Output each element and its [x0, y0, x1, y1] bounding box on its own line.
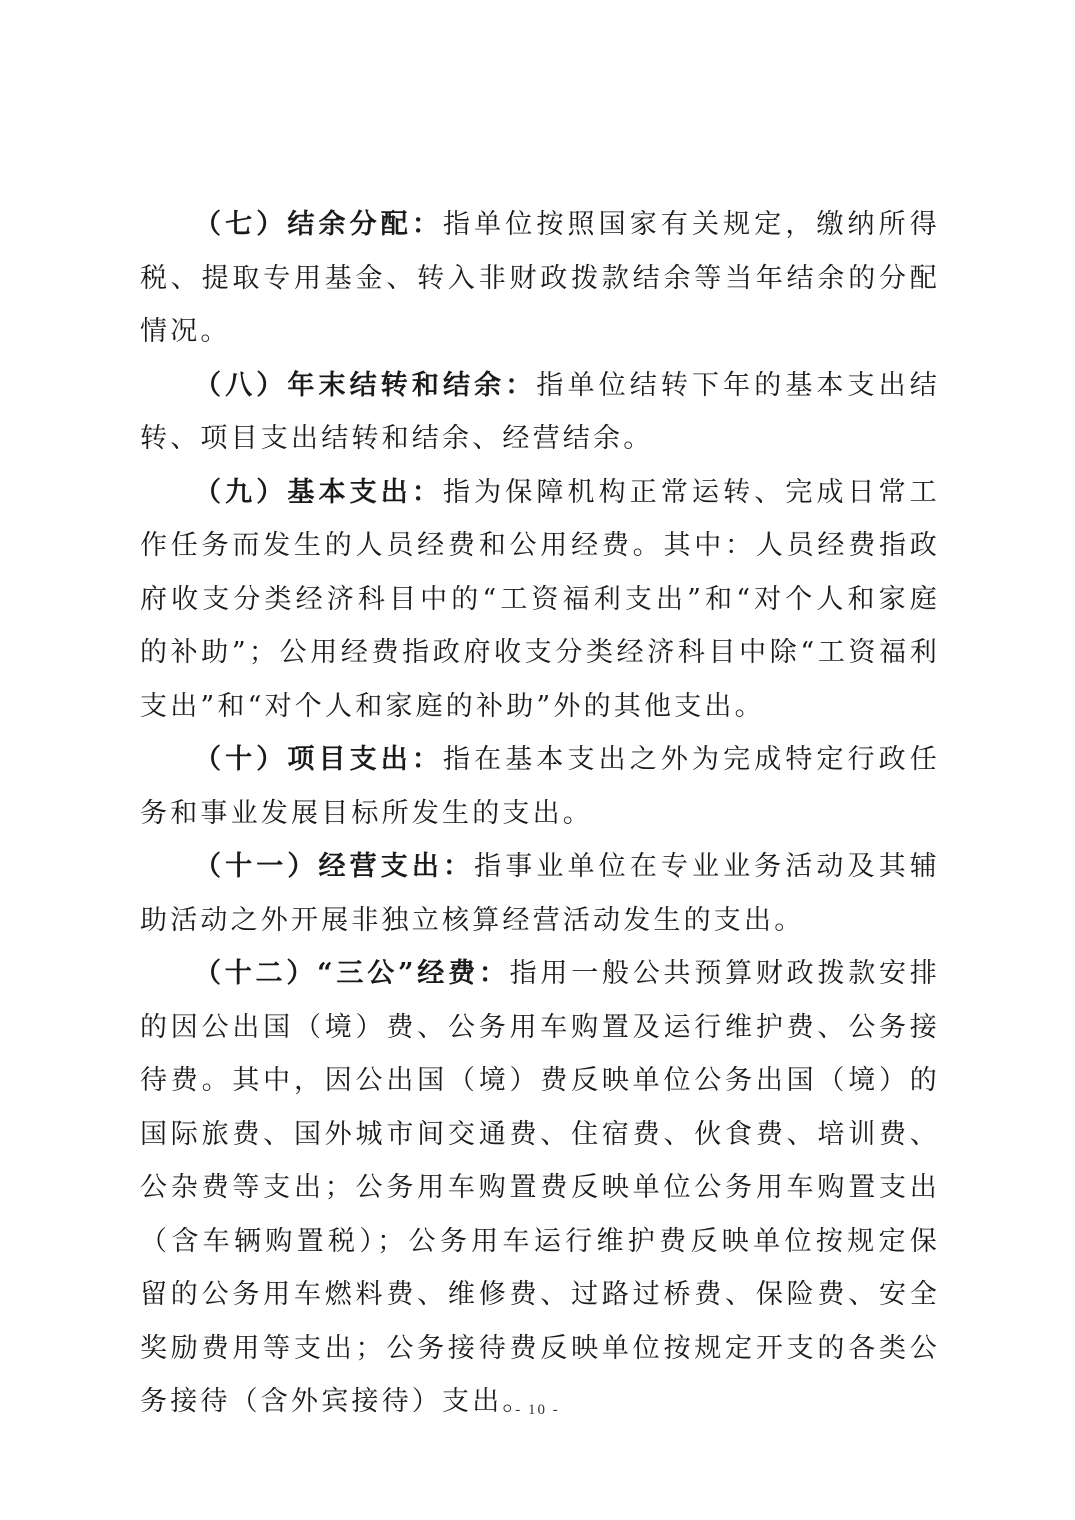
paragraph-project-expenditure: （十）项目支出：指在基本支出之外为完成特定行政任务和事业发展目标所发生的支出。	[140, 733, 940, 840]
paragraph-balance-distribution: （七）结余分配：指单位按照国家有关规定，缴纳所得税、提取专用基金、转入非财政拨款…	[140, 198, 940, 359]
paragraph-three-public-expenses: （十二）“三公”经费：指用一般公共预算财政拨款安排的因公出国（境）费、公务用车购…	[140, 947, 940, 1429]
paragraph-heading: （十）项目支出：	[194, 744, 443, 775]
paragraph-heading: （九）基本支出：	[194, 477, 443, 508]
paragraph-heading: （十二）“三公”经费：	[194, 958, 510, 989]
paragraph-heading: （七）结余分配：	[194, 209, 443, 240]
paragraph-operating-expenditure: （十一）经营支出：指事业单位在专业业务活动及其辅助活动之外开展非独立核算经营活动…	[140, 840, 940, 947]
paragraph-heading: （八）年末结转和结余：	[194, 370, 536, 401]
paragraph-basic-expenditure: （九）基本支出：指为保障机构正常运转、完成日常工作任务而发生的人员经费和公用经费…	[140, 466, 940, 734]
page-number: - 10 -	[0, 1402, 1075, 1419]
paragraph-body: 指为保障机构正常运转、完成日常工作任务而发生的人员经费和公用经费。其中：人员经费…	[140, 477, 940, 722]
paragraph-year-end-carryover: （八）年末结转和结余：指单位结转下年的基本支出结转、项目支出结转和结余、经营结余…	[140, 359, 940, 466]
document-page: （七）结余分配：指单位按照国家有关规定，缴纳所得税、提取专用基金、转入非财政拨款…	[0, 0, 1075, 1520]
paragraph-heading: （十一）经营支出：	[194, 851, 474, 882]
document-body: （七）结余分配：指单位按照国家有关规定，缴纳所得税、提取专用基金、转入非财政拨款…	[140, 198, 940, 1429]
paragraph-body: 指用一般公共预算财政拨款安排的因公出国（境）费、公务用车购置及运行维护费、公务接…	[140, 958, 940, 1417]
